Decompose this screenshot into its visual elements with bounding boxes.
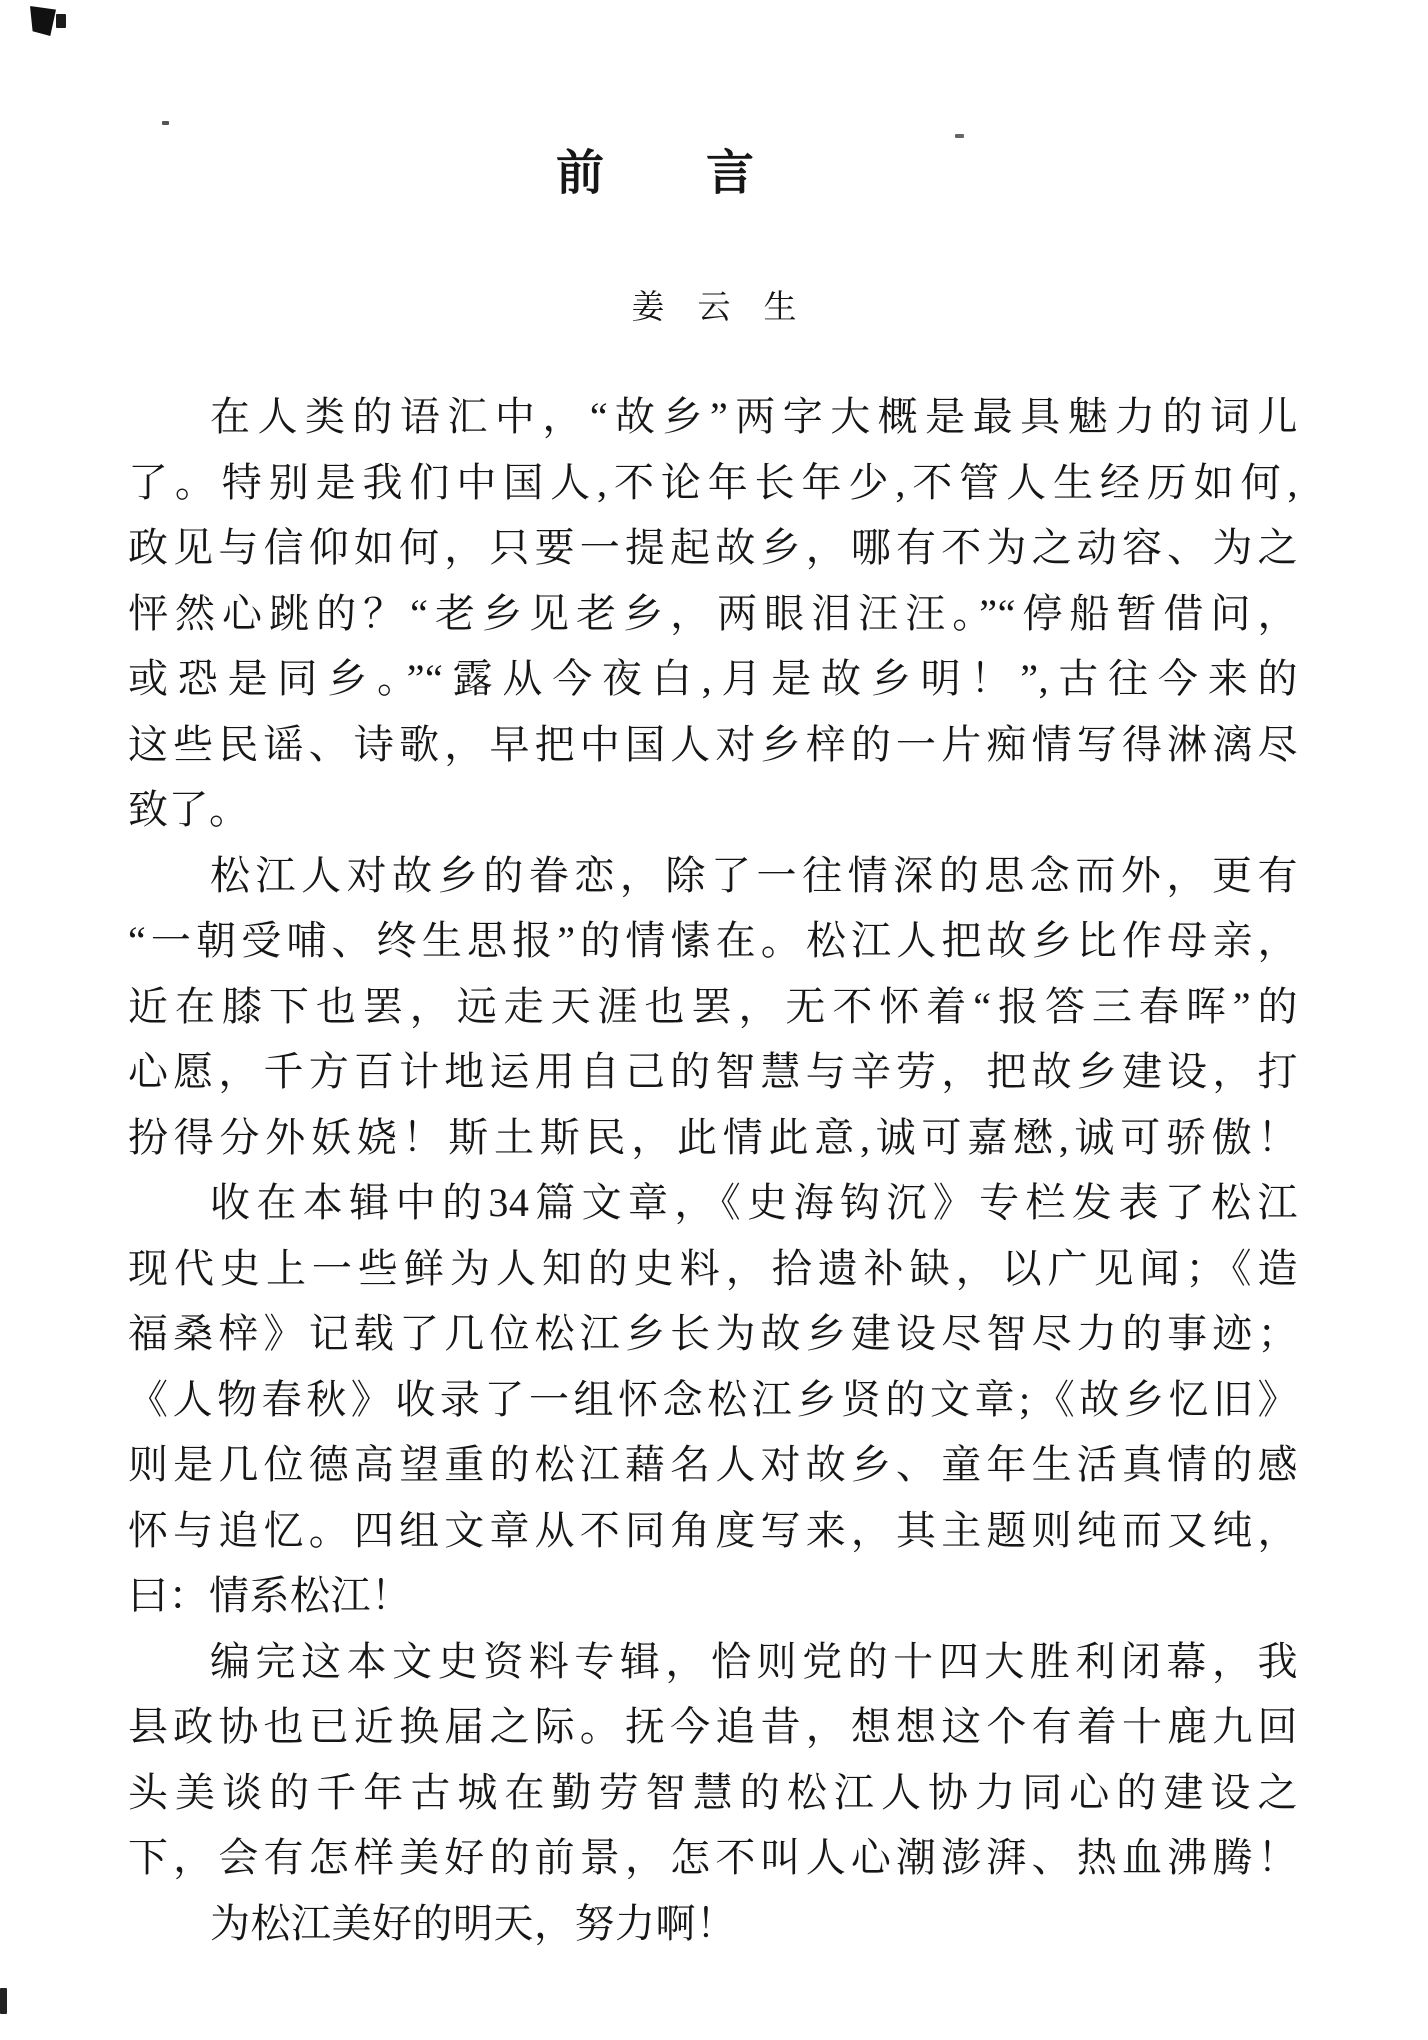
text-line: 这些民谣、诗歌，早把中国人对乡梓的一片痴情写得淋漓尽 xyxy=(128,712,1298,778)
text-line: 头美谈的千年古城在勤劳智慧的松江人协力同心的建设之 xyxy=(128,1760,1298,1826)
text-line: 县政协也已近换届之际。抚今追昔，想想这个有着十鹿九回 xyxy=(128,1694,1298,1760)
text-line: 近在膝下也罢，远走天涯也罢，无不怀着“报答三春晖”的 xyxy=(128,974,1298,1040)
text-line: 下，会有怎样美好的前景，怎不叫人心潮澎湃、热血沸腾！ xyxy=(128,1825,1298,1891)
text-line: 了。特别是我们中国人,不论年长年少,不管人生经历如何, xyxy=(128,450,1298,516)
text-line: 编完这本文史资料专辑，恰则党的十四大胜利闭幕，我 xyxy=(128,1629,1298,1695)
body-text: 在人类的语汇中，“故乡”两字大概是最具魅力的词儿了。特别是我们中国人,不论年长年… xyxy=(128,384,1298,1956)
text-line: 现代史上一些鲜为人知的史料，拾遗补缺，以广见闻；《造 xyxy=(128,1236,1298,1302)
text-line: 收在本辑中的34篇文章，《史海钩沉》专栏发表了松江 xyxy=(128,1170,1298,1236)
page-title: 前 言 xyxy=(0,0,1370,198)
text-line: 心愿，千方百计地运用自己的智慧与辛劳，把故乡建设，打 xyxy=(128,1039,1298,1105)
text-line: 怦然心跳的？“老乡见老乡，两眼泪汪汪。”“停船暂借问， xyxy=(128,581,1298,647)
text-line: 致了。 xyxy=(128,777,1298,843)
text-line: 政见与信仰如何，只要一提起故乡，哪有不为之动容、为之 xyxy=(128,515,1298,581)
text-line: 在人类的语汇中，“故乡”两字大概是最具魅力的词儿 xyxy=(128,384,1298,450)
scan-artifact xyxy=(0,1988,7,2014)
text-line: 曰：情系松江！ xyxy=(128,1563,1298,1629)
text-line: 扮得分外妖娆！斯土斯民，此情此意,诚可嘉懋,诚可骄傲！ xyxy=(128,1105,1298,1171)
text-line: 则是几位德高望重的松江藉名人对故乡、童年生活真情的感 xyxy=(128,1432,1298,1498)
text-line: 怀与追忆。四组文章从不同角度写来，其主题则纯而又纯， xyxy=(128,1498,1298,1564)
text-line: 福桑梓》记载了几位松江乡长为故乡建设尽智尽力的事迹； xyxy=(128,1301,1298,1367)
text-line: “一朝受哺、终生思报”的情愫在。松江人把故乡比作母亲， xyxy=(128,908,1298,974)
text-line: 或恐是同乡。”“露从今夜白,月是故乡明！”,古往今来的 xyxy=(128,646,1298,712)
text-line: 为松江美好的明天，努力啊！ xyxy=(128,1891,1298,1957)
text-line: 《人物春秋》收录了一组怀念松江乡贤的文章;《故乡忆旧》 xyxy=(128,1367,1298,1433)
text-line: 松江人对故乡的眷恋，除了一往情深的思念而外，更有 xyxy=(128,843,1298,909)
author-name: 姜 云 生 xyxy=(0,292,1428,325)
document-page: 前 言 姜 云 生 在人类的语汇中，“故乡”两字大概是最具魅力的词儿了。特别是我… xyxy=(0,0,1428,2040)
